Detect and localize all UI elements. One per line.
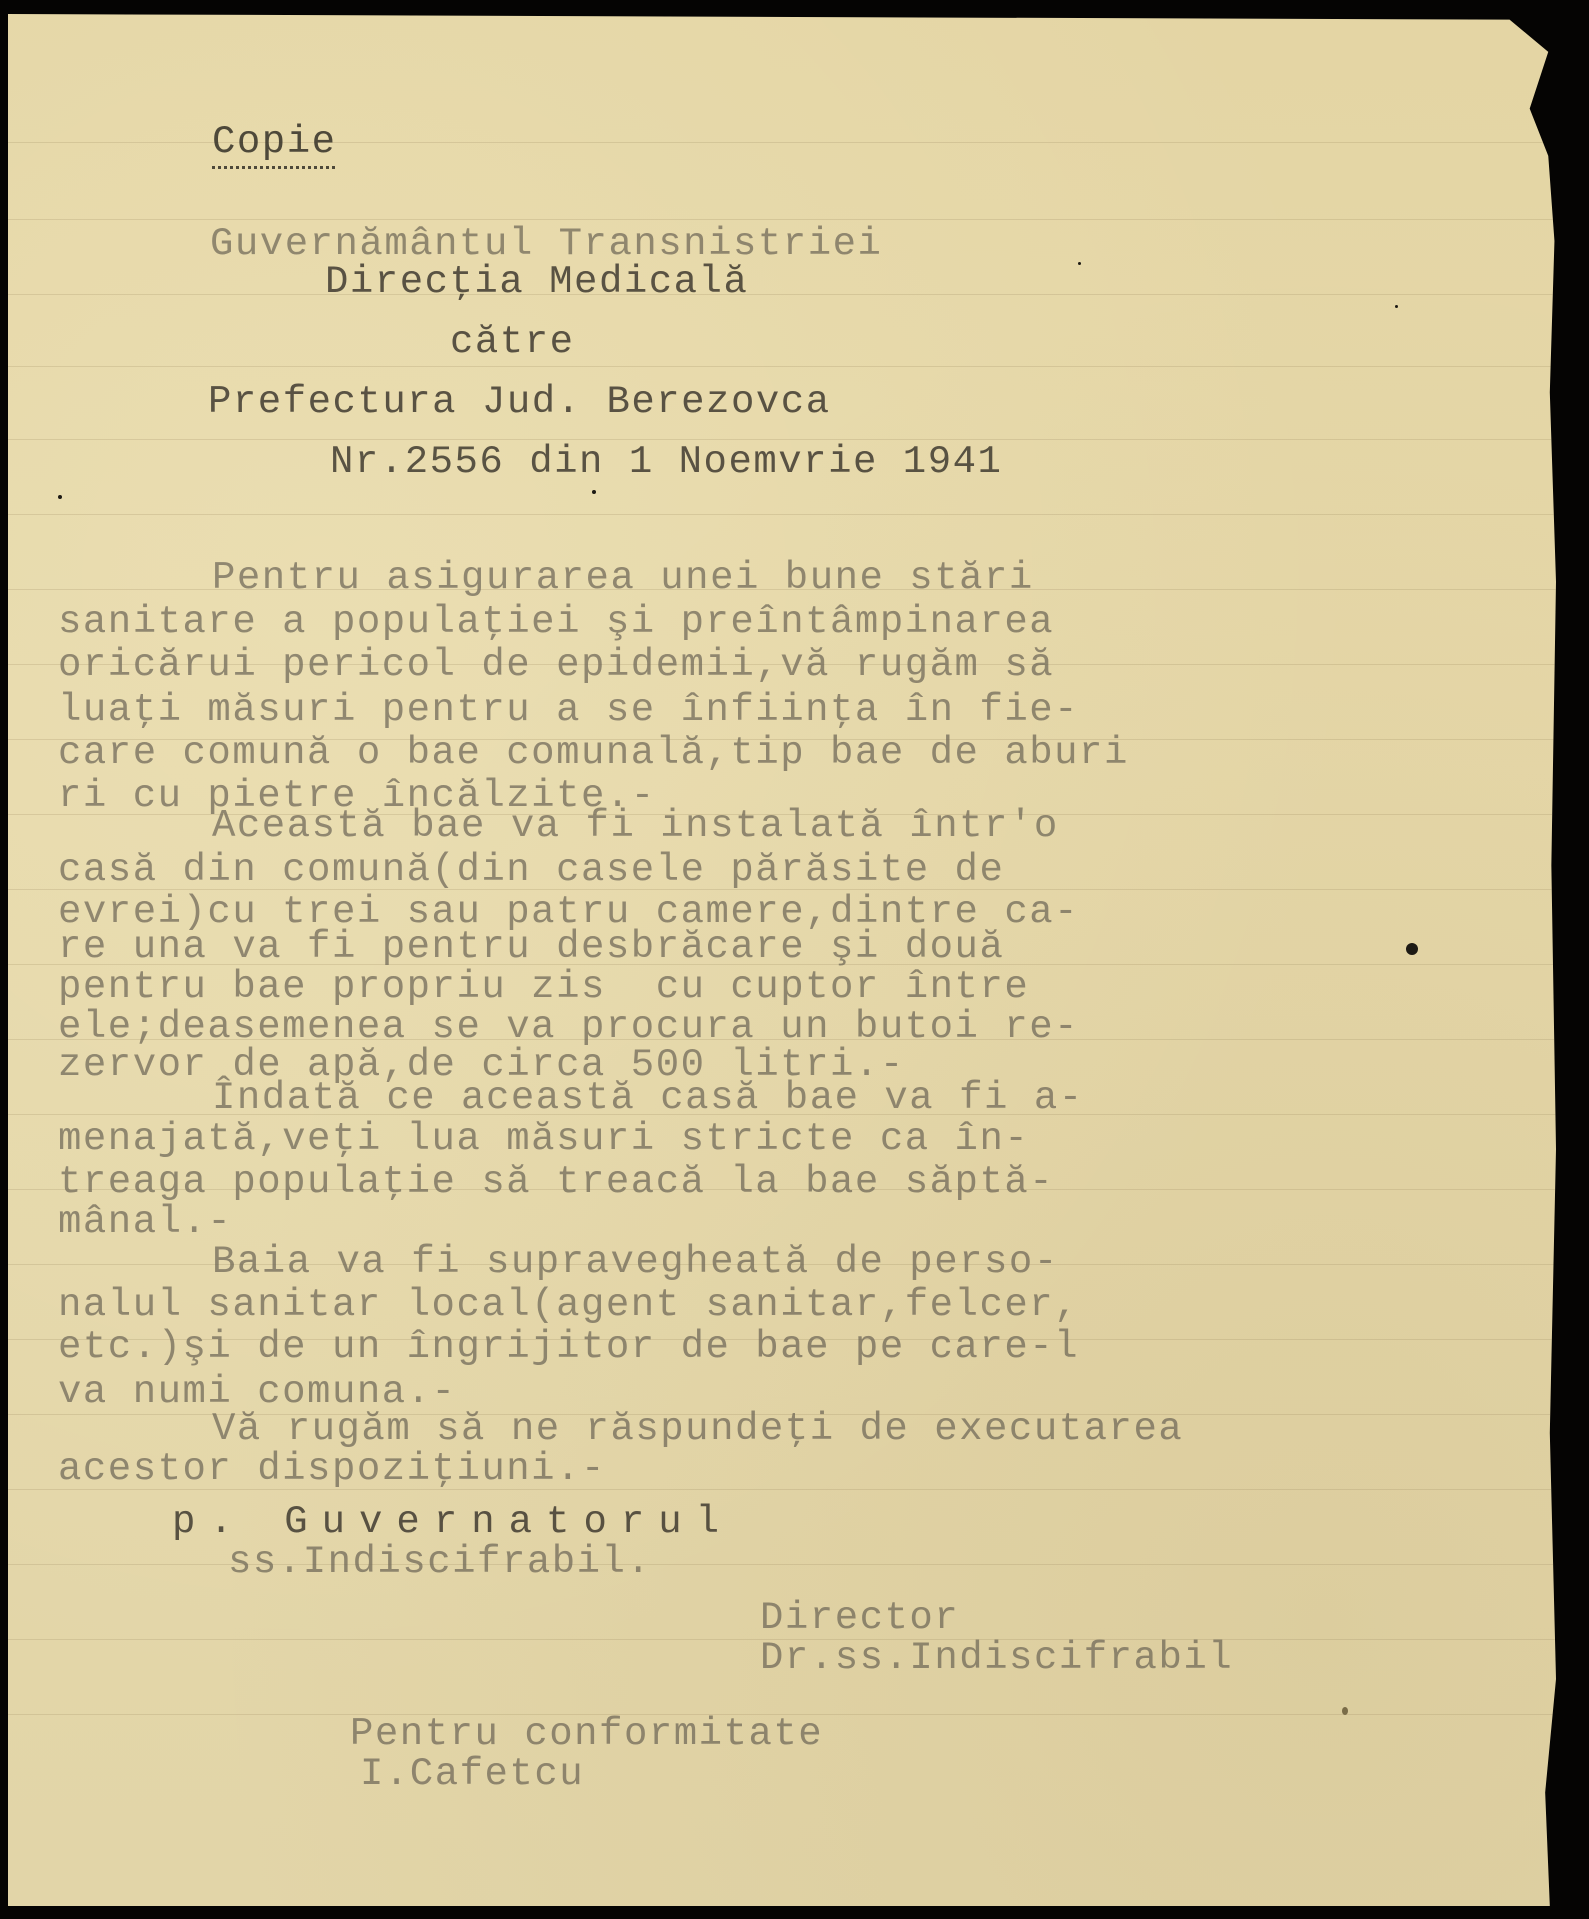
governor-line: p. Guvernatorul	[172, 1500, 733, 1544]
ink-speck	[1395, 305, 1398, 308]
body-line: menajată,veţi lua măsuri stricte ca în-	[58, 1117, 1029, 1161]
body-line: luaţi măsuri pentru a se înfiinţa în fie…	[58, 688, 1079, 732]
ink-speck	[58, 495, 62, 499]
body-line: pentru bae propriu zis cu cuptor între	[58, 965, 1029, 1009]
copy-label: Copie	[212, 120, 337, 164]
governor-signature: ss.Indiscifrabil.	[228, 1540, 651, 1584]
recipient: Prefectura Jud. Berezovca	[208, 380, 831, 424]
body-line: Vă rugăm să ne răspundeţi de executarea	[212, 1407, 1183, 1451]
body-line: Pentru asigurarea unei bune stări	[212, 556, 1034, 600]
ink-speck	[1406, 943, 1418, 955]
reference-number: Nr.2556 din 1 Noemvrie 1941	[330, 440, 1002, 484]
certification-signature: I.Cafetcu	[360, 1752, 584, 1796]
ink-speck	[1078, 262, 1081, 265]
ink-speck	[592, 490, 596, 494]
body-line: etc.)şi de un îngrijitor de bae pe care-…	[58, 1325, 1079, 1369]
body-line: mânal.-	[58, 1200, 232, 1244]
body-line: sanitare a populaţiei şi preîntâmpinarea	[58, 600, 1054, 644]
body-line: treaga populaţie să treacă la bae săptă-	[58, 1160, 1054, 1204]
body-line: Această bae va fi instalată într'o	[212, 804, 1059, 848]
director-title: Director	[760, 1596, 959, 1640]
ink-speck	[1342, 1707, 1348, 1715]
director-signature: Dr.ss.Indiscifrabil	[760, 1636, 1233, 1680]
to-word: către	[450, 320, 575, 364]
body-line: care comună o bae comunală,tip bae de ab…	[58, 731, 1129, 775]
body-line: re una va fi pentru desbrăcare şi două	[58, 925, 1004, 969]
body-line: nalul sanitar local(agent sanitar,felcer…	[58, 1283, 1079, 1327]
body-line: Îndată ce această casă bae va fi a-	[212, 1076, 1084, 1120]
body-line: Baia va fi supravegheată de perso-	[212, 1240, 1059, 1284]
body-line: oricărui pericol de epidemii,vă rugăm să	[58, 643, 1054, 687]
sender-line-2: Direcţia Medicală	[325, 260, 748, 304]
body-line: casă din comună(din casele părăsite de	[58, 848, 1004, 892]
body-line: acestor dispoziţiuni.-	[58, 1447, 606, 1491]
certification-line: Pentru conformitate	[350, 1712, 823, 1756]
